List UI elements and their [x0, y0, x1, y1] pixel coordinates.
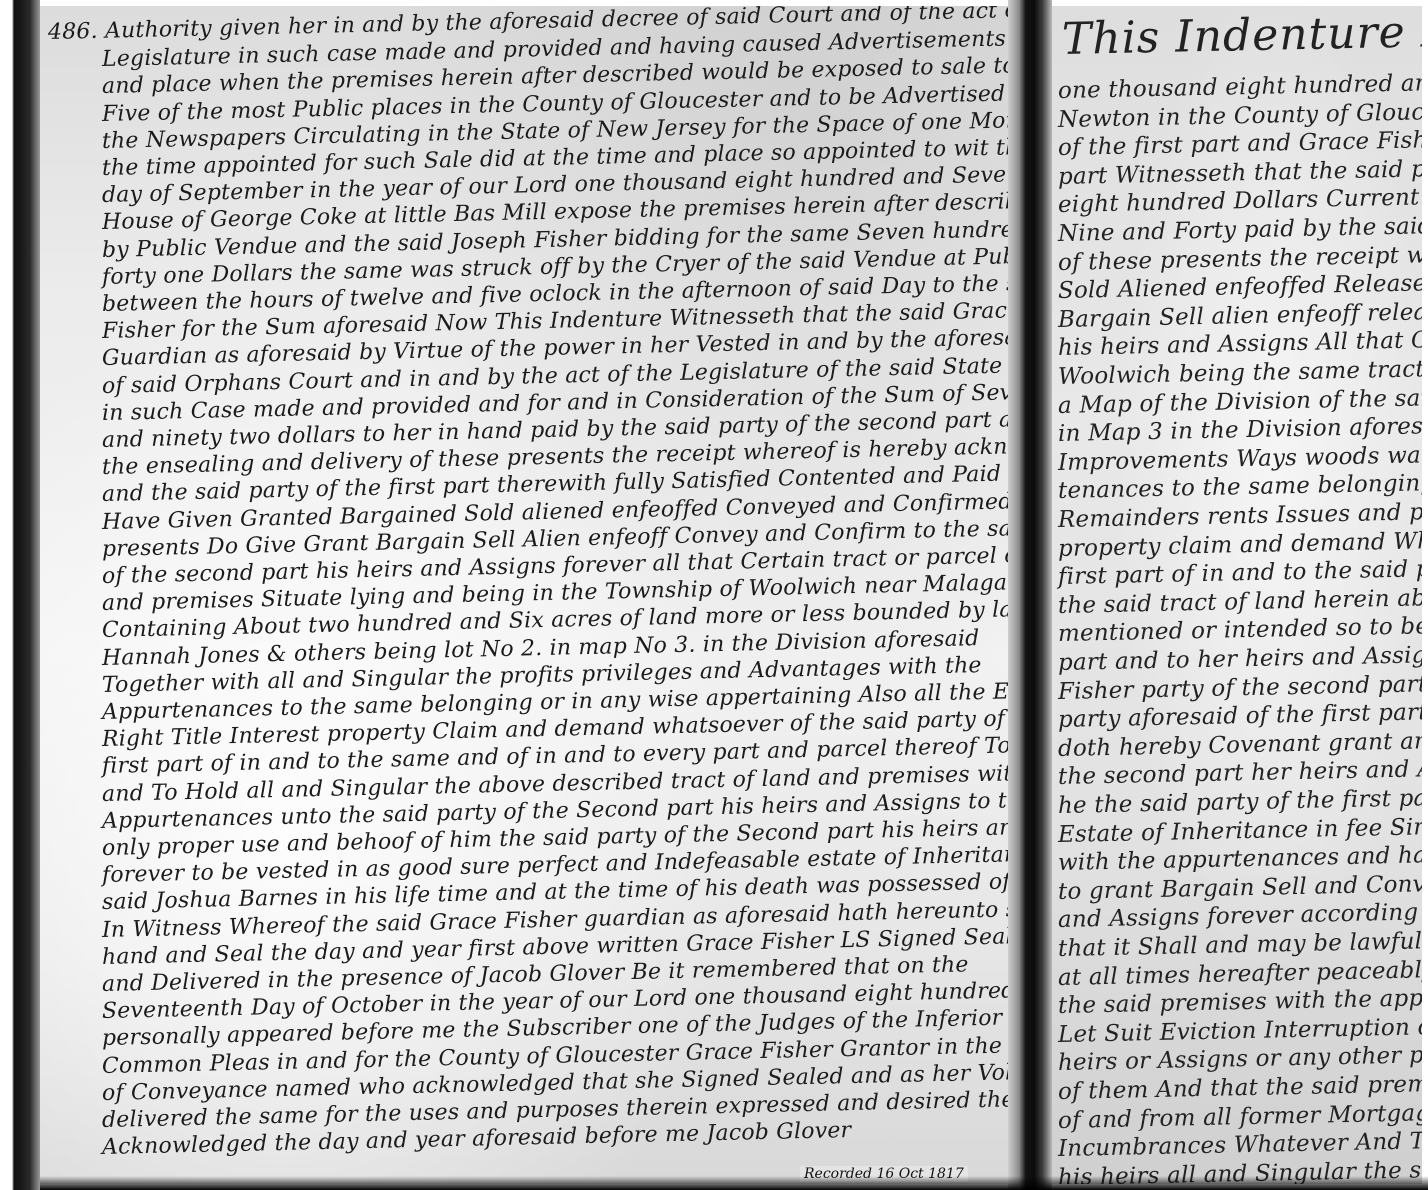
- book-left-edge: [0, 0, 40, 1190]
- handwritten-line: one thousand eight hundred and Seven: [1058, 68, 1422, 104]
- indenture-heading: This Indenture Made the: [1061, 6, 1422, 65]
- handwritten-line: of them And that the said premises: [1058, 1070, 1422, 1105]
- bottom-shadow: [40, 1176, 1428, 1190]
- handwritten-line: at all times hereafter peaceably an: [1058, 956, 1422, 991]
- handwritten-line: Incumbrances Whatever And T: [1058, 1128, 1422, 1162]
- handwritten-line: Remainders rents Issues and profits: [1058, 498, 1422, 533]
- handwritten-line: he the said party of the first part is: [1058, 784, 1422, 819]
- handwritten-line: in Map 3 in the Division aforesaid: [1058, 413, 1422, 447]
- right-page: This Indenture Made the one thousand eig…: [1052, 6, 1422, 1184]
- handwritten-line: of and from all former Mortgages: [1058, 1099, 1422, 1133]
- scanned-ledger-spread: 486. Authority given her in and by the a…: [0, 0, 1428, 1190]
- left-page: 486. Authority given her in and by the a…: [40, 6, 1008, 1184]
- handwritten-line: Estate of Inheritance in fee Simple: [1058, 813, 1422, 848]
- book-gutter: [1008, 0, 1052, 1190]
